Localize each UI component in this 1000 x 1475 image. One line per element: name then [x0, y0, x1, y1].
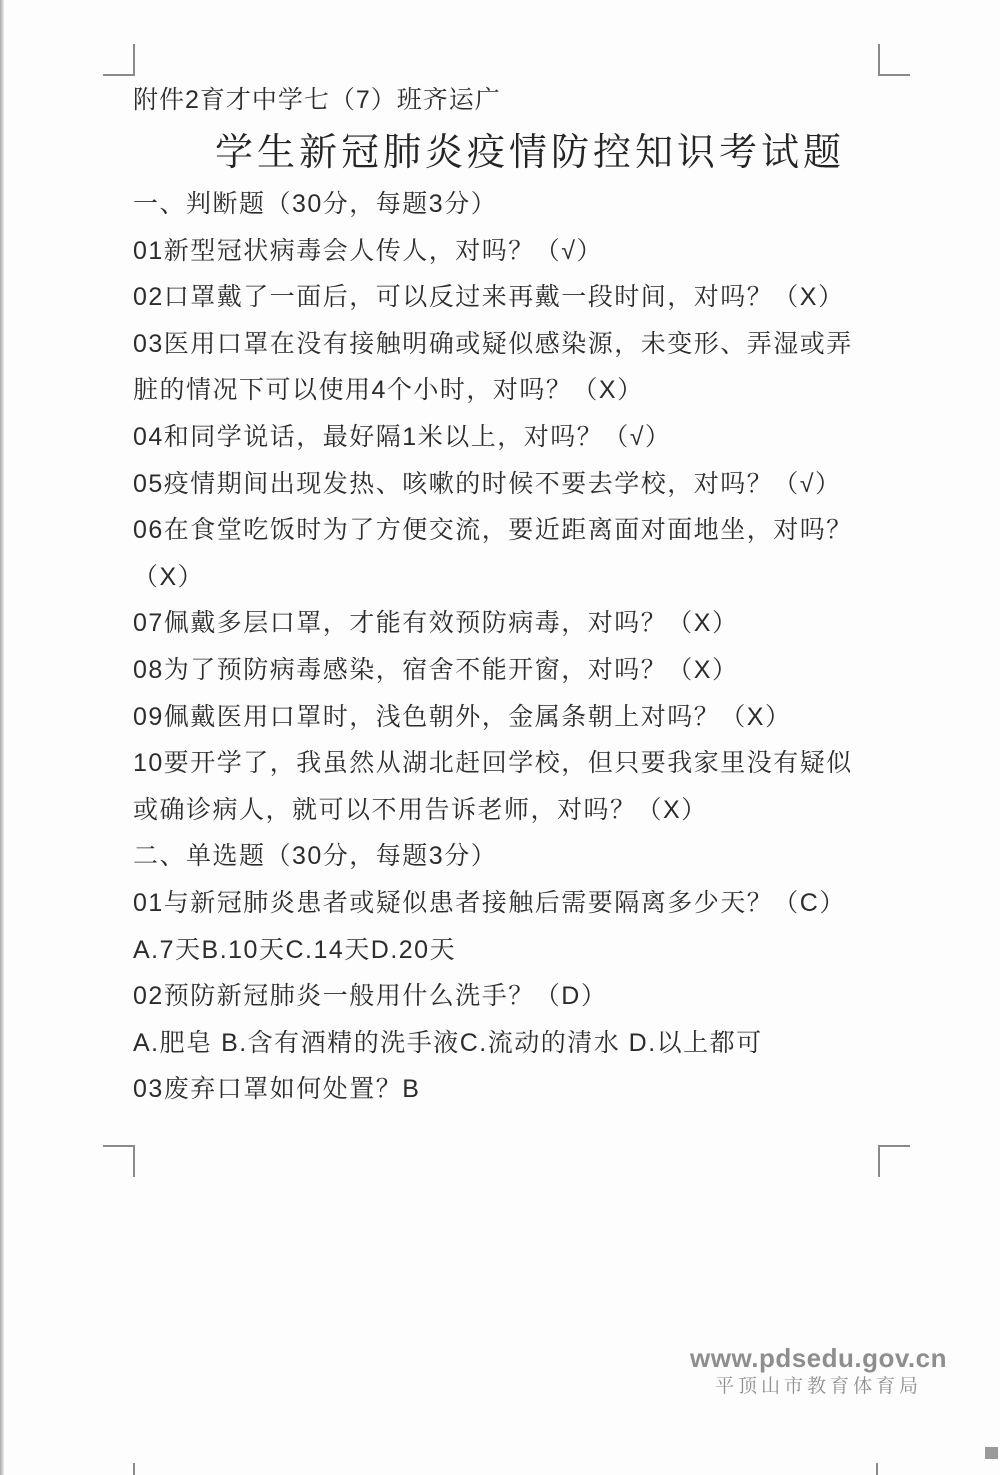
judge-question-10-line1: 10要开学了，我虽然从湖北赶回学校，但只要我家里没有疑似 [133, 740, 913, 787]
crop-mark-bottom-left [103, 1145, 135, 1177]
judge-question-03-line2: 脏的情况下可以使用4个小时，对吗？（X） [133, 367, 913, 414]
page-title: 学生新冠肺炎疫情防控知识考试题 [133, 128, 927, 178]
watermark-url: www.pdsedu.gov.cn [690, 1342, 947, 1374]
judge-question-09: 09佩戴医用口罩时，浅色朝外，金属条朝上对吗？（X） [133, 694, 913, 741]
crop-mark-top-left [103, 44, 135, 76]
attachment-header: 附件2育才中学七（7）班齐运广 [133, 77, 893, 124]
judge-question-08: 08为了预防病毒感染，宿舍不能开窗，对吗？（X） [133, 647, 913, 694]
watermark: www.pdsedu.gov.cn 平顶山市教育体育局 [690, 1342, 947, 1400]
judge-question-03-line1: 03医用口罩在没有接触明确或疑似感染源，未变形、弄湿或弄 [133, 321, 913, 368]
choice-question-01-options: A.7天B.10天C.14天D.20天 [133, 927, 913, 974]
choice-question-02: 02预防新冠肺炎一般用什么洗手？（D） [133, 973, 913, 1020]
next-page-crop-mark-left [133, 1463, 135, 1475]
choice-question-02-options: A.肥皂 B.含有酒精的洗手液C.流动的清水 D.以上都可 [133, 1020, 913, 1067]
judge-question-05: 05疫情期间出现发热、咳嗽的时候不要去学校，对吗？（√） [133, 461, 913, 508]
judge-question-04: 04和同学说话，最好隔1米以上，对吗？（√） [133, 414, 913, 461]
judge-question-01: 01新型冠状病毒会人传人，对吗？（√） [133, 228, 913, 275]
section2-heading: 二、单选题（30分，每题3分） [133, 833, 913, 880]
judge-question-06-line1: 06在食堂吃饭时为了方便交流，要近距离面对面地坐，对吗？ [133, 507, 913, 554]
choice-question-03: 03废弃口罩如何处置？B [133, 1066, 913, 1113]
judge-question-10-line2: 或确诊病人，就可以不用告诉老师，对吗？（X） [133, 787, 913, 834]
scrollbar-corner-artifact [985, 1447, 998, 1459]
watermark-org: 平顶山市教育体育局 [715, 1374, 922, 1400]
document-page: 附件2育才中学七（7）班齐运广 学生新冠肺炎疫情防控知识考试题 一、判断题（30… [0, 0, 1000, 1475]
next-page-crop-mark-right [876, 1463, 878, 1475]
crop-mark-bottom-right [878, 1145, 910, 1177]
document-body: 一、判断题（30分，每题3分） 01新型冠状病毒会人传人，对吗？（√） 02口罩… [133, 181, 913, 1113]
section1-heading: 一、判断题（30分，每题3分） [133, 181, 913, 228]
judge-question-02: 02口罩戴了一面后，可以反过来再戴一段时间，对吗？（X） [133, 274, 913, 321]
choice-question-01: 01与新冠肺炎患者或疑似患者接触后需要隔离多少天？（C） [133, 880, 913, 927]
judge-question-07: 07佩戴多层口罩，才能有效预防病毒，对吗？（X） [133, 600, 913, 647]
crop-mark-top-right [878, 44, 910, 76]
page-left-edge [0, 0, 4, 1475]
judge-question-06-line2: （X） [133, 554, 913, 601]
